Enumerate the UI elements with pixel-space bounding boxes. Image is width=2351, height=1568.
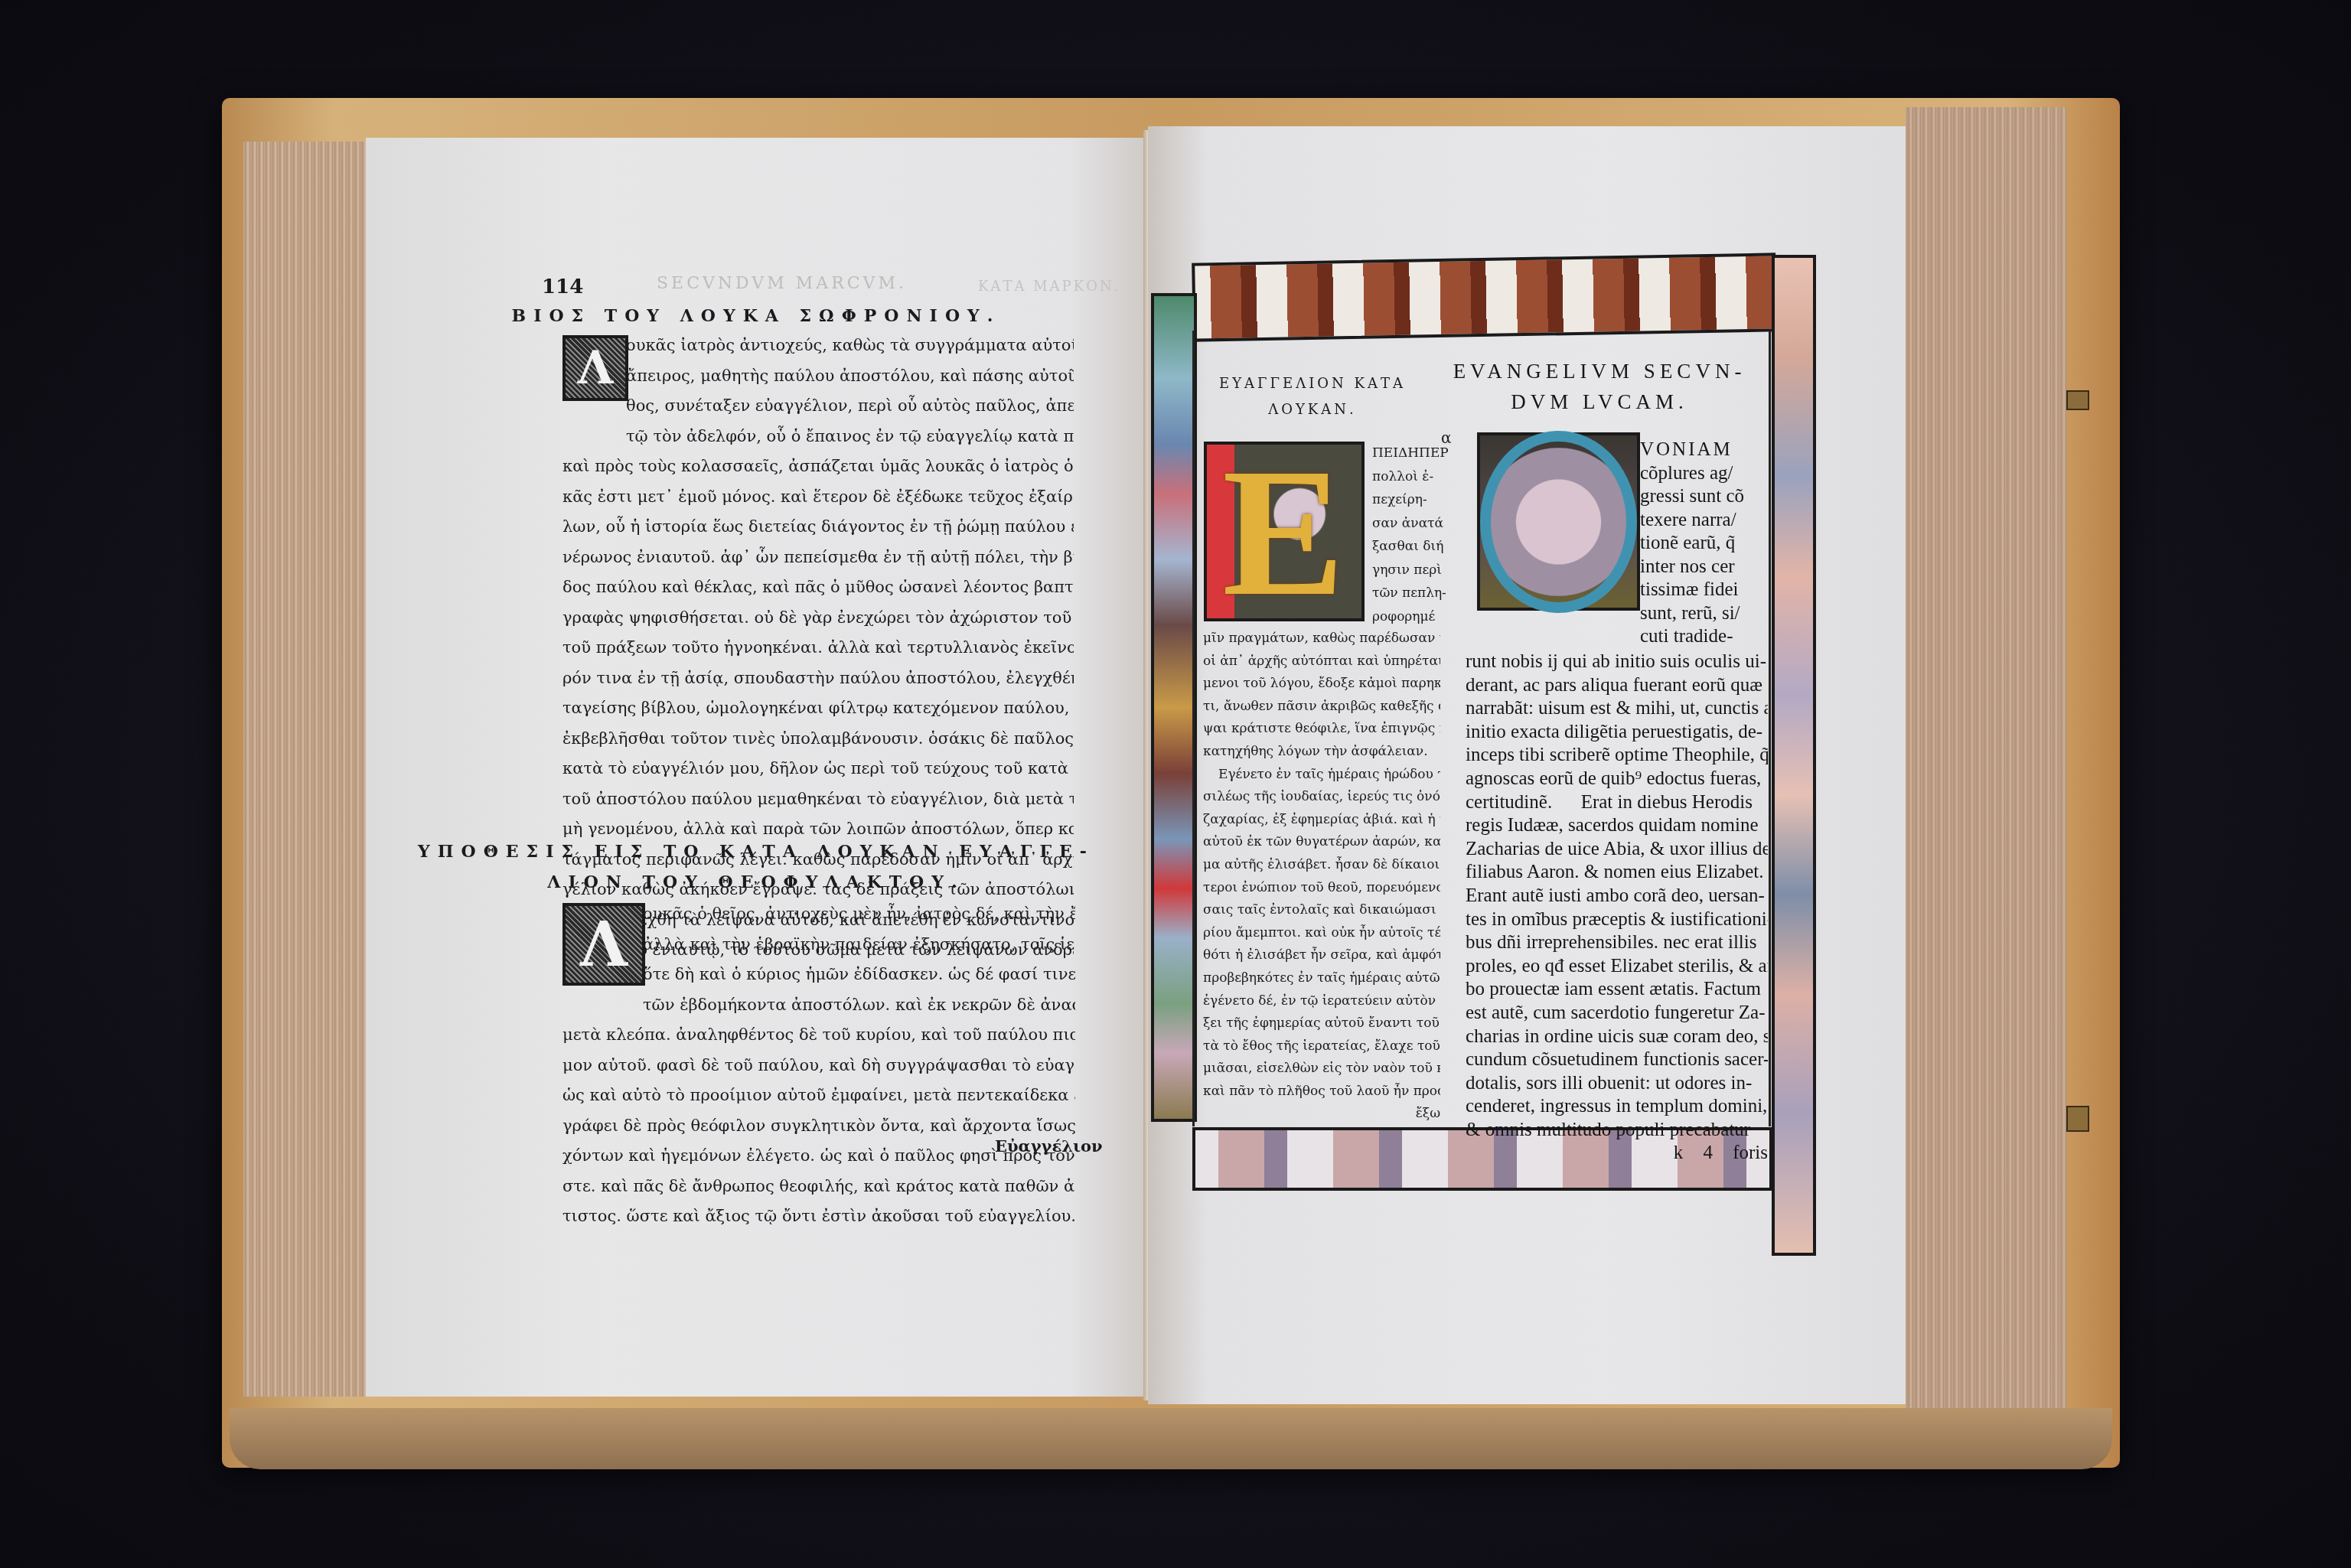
text-line: προβεβηκότες ἐν ταῖς ἡμέραις αὐτῶν ἦσαν. bbox=[1203, 967, 1440, 990]
text-line: sunt, rerũ, si/ bbox=[1640, 602, 1766, 626]
greek-gospel-text: μῖν πραγμάτων, καθὼς παρέδωσαν ἡμῖν οἱ ἀ… bbox=[1203, 628, 1440, 1126]
woodcut-initial-lambda: Λ bbox=[562, 335, 628, 401]
text-line: cõplures ag/ bbox=[1640, 462, 1766, 486]
text-line: ὡς καὶ αὐτὸ τὸ προοίμιον αὐτοῦ ἐμφαίνει,… bbox=[562, 1081, 1075, 1111]
text-line: VONIAM bbox=[1640, 438, 1766, 462]
greek-heading-line2: ΛΟΥΚΑΝ. bbox=[1217, 397, 1408, 423]
text-line: cundum cõsuetudinem functionis sacer- bbox=[1466, 1048, 1768, 1072]
text-line: inceps tibi scriberẽ optime Theophile, q… bbox=[1466, 744, 1768, 768]
text-line: initio exacta diligẽtia peruestigatis, d… bbox=[1466, 721, 1768, 745]
lower-clasp-icon bbox=[2066, 1106, 2089, 1132]
latin-heading-line2: DVM LVCAM. bbox=[1446, 386, 1753, 417]
text-line: λων, οὗ ἡ ἱστορία ἕως διετείας διάγοντος… bbox=[562, 512, 1074, 543]
latin-heading: EVANGELIVM SECVN- DVM LVCAM. bbox=[1446, 356, 1753, 417]
text-line: τεροι ἐνώπιον τοῦ θεοῦ, πορευόμενοι ἐν π… bbox=[1203, 877, 1440, 900]
text-line: est autẽ, cum sacerdotio fungeretur Za- bbox=[1466, 1002, 1768, 1025]
text-line: τι, ἄνωθεν πᾶσιν ἀκριβῶς καθεξῆς σοι γρά bbox=[1203, 696, 1440, 719]
text-line: δος παύλου καὶ θέκλας, καὶ πᾶς ὁ μῦθος ὡ… bbox=[562, 572, 1074, 603]
right-page-block-edge bbox=[1906, 107, 2066, 1408]
text-line: θος, συνέταξεν εὐαγγέλιον, περὶ οὗ αὐτὸς… bbox=[626, 391, 1074, 422]
section2-text-indented: ουκᾶς ὁ θεῖος, ἀντιοχεὺς μὲν ἦν, ἰατρὸς … bbox=[643, 899, 1075, 1020]
text-line: filiabus Aaron. & nomen eius Elizabet. bbox=[1466, 861, 1768, 885]
section2-text: μετὰ κλεόπα. ἀναληφθέντος δὲ τοῦ κυρίου,… bbox=[562, 1020, 1075, 1232]
text-line: tes in omĩbus præceptis & iustificationi… bbox=[1466, 908, 1768, 932]
text-line: charias in ordine uicis suæ coram deo, s… bbox=[1466, 1025, 1768, 1049]
text-line: σαις ταῖς ἐντολαῖς καὶ δικαιώμασι τοῦ κυ bbox=[1203, 899, 1440, 922]
upper-clasp-icon bbox=[2066, 390, 2089, 410]
catchword-greek: ἔξω bbox=[1203, 1103, 1440, 1126]
book-binding-bottom-edge bbox=[230, 1408, 2112, 1469]
text-line: ροφορημέ bbox=[1372, 605, 1449, 629]
ornamental-ribbon-border-top bbox=[1192, 253, 1777, 341]
text-line: τῶν πεπλη- bbox=[1372, 582, 1449, 605]
text-line: μὴ γενομένου, ἀλλὰ καὶ παρὰ τῶν λοιπῶν ἀ… bbox=[562, 814, 1074, 845]
text-line: Εγένετο ἐν ταῖς ἡμέραις ἡρώδου τοῦ βα bbox=[1203, 764, 1440, 787]
show-through-running-head: SECVNDVM MARCVM. bbox=[657, 274, 907, 293]
text-line: ρόν τινα ἐν τῇ ἀσίᾳ, σπουδαστὴν παύλου ἀ… bbox=[562, 663, 1074, 694]
section-title-hypothesis-line2: ΛΙΟΝ ΤΟΥ ΘΕΟΦΥΛΑΚΤΟΥ. bbox=[366, 872, 1146, 892]
initial-q-ring-icon bbox=[1480, 431, 1637, 613]
text-line: γησιν περὶ bbox=[1372, 559, 1449, 582]
text-line: narrabãt: uisum est & mihi, ut, cunctis … bbox=[1466, 697, 1768, 721]
text-line: καὶ πρὸς τοὺς κολασσαεῖς, ἀσπάζεται ὑμᾶς… bbox=[562, 451, 1074, 482]
text-line: σιλέως τῆς ἰουδαίας, ἱερεύς τις ὀνόματι bbox=[1203, 786, 1440, 809]
right-page: ΕΥΑΓΓΕΛΙΟΝ ΚΑΤΑ ΛΟΥΚΑΝ. EVANGELIVM SECVN… bbox=[1148, 126, 1906, 1404]
text-line: τιστος. ὥστε καὶ ἄξιος τῷ ὄντι ἐστὶν ἀκο… bbox=[562, 1201, 1075, 1232]
text-line: inter nos cer bbox=[1640, 556, 1766, 579]
text-line: μιᾶσαι, εἰσελθὼν εἰς τὸν ναὸν τοῦ κυρίου… bbox=[1203, 1058, 1440, 1081]
text-line: κατηχήθης λόγων τὴν ἀσφάλειαν. bbox=[1203, 741, 1440, 764]
text-line: ξει τῆς ἐφημερίας αὐτοῦ ἔναντι τοῦ θεοῦ,… bbox=[1203, 1012, 1440, 1035]
text-line: regis Iudææ, sacerdos quidam nomine bbox=[1466, 814, 1768, 838]
text-line: Zacharias de uice Abia, & uxor illius de bbox=[1466, 838, 1768, 862]
text-line: tissimæ fidei bbox=[1640, 579, 1766, 602]
catchword-left: Εὐαγγέλιον bbox=[995, 1136, 1103, 1156]
text-line: κατὰ τὸ εὐαγγέλιόν μου, δῆλον ὡς περὶ το… bbox=[562, 754, 1074, 784]
text-line: ταγείσης βίβλου, ὡμολογηκέναι φίλτρῳ κατ… bbox=[562, 693, 1074, 724]
text-line: τοῦ ἀποστόλου παύλου μεμαθηκέναι τὸ εὐαγ… bbox=[562, 784, 1074, 815]
text-line: ἐγένετο δέ, ἐν τῷ ἱερατεύειν αὐτὸν ἐν τῇ… bbox=[1203, 990, 1440, 1013]
text-line: ὅτε δὴ καὶ ὁ κύριος ἡμῶν ἐδίδασκεν. ὡς δ… bbox=[643, 960, 1075, 990]
section-title-hypothesis-line1: ΥΠΟΘΕΣΙΣ ΕΙΣ ΤΟ ΚΑΤΑ ΛΟΥΚΑΝ ΕΥΑΓΓΕ- bbox=[366, 842, 1146, 862]
text-line: tionẽ earũ, q̃ bbox=[1640, 532, 1766, 556]
text-line: σαν ἀνατά bbox=[1372, 512, 1449, 536]
text-line: ουκᾶς ἰατρὸς ἀντιοχεύς, καθὼς τὰ συγγράμ… bbox=[626, 331, 1074, 361]
section1-text-indented: ουκᾶς ἰατρὸς ἀντιοχεύς, καθὼς τὰ συγγράμ… bbox=[626, 331, 1074, 451]
text-line: νέρωνος ἐνιαυτοῦ. ἀφ᾽ ὧν πεπείσμεθα ἐν τ… bbox=[562, 543, 1074, 573]
text-line: τοῦ πράξεων τοῦτο ἠγνοηκέναι. ἀλλὰ καὶ τ… bbox=[562, 633, 1074, 663]
text-line: πολλοὶ ἐ- bbox=[1372, 465, 1449, 489]
text-line: cuti tradide- bbox=[1640, 625, 1766, 649]
text-line: μετὰ κλεόπα. ἀναληφθέντος δὲ τοῦ κυρίου,… bbox=[562, 1020, 1075, 1051]
text-line: ρίου ἄμεμπτοι. καὶ οὐκ ἦν αὐτοῖς τέκνον,… bbox=[1203, 922, 1440, 945]
text-line: cenderet, ingressus in templum domini, bbox=[1466, 1095, 1768, 1119]
left-page-block-edge bbox=[243, 142, 366, 1397]
latin-text-beside-initial: VONIAM cõplures ag/ gressi sunt cõ texer… bbox=[1640, 438, 1766, 649]
text-line: τῶν ἑβδομήκοντα ἀποστόλων. καὶ ἐκ νεκρῶν… bbox=[643, 990, 1075, 1021]
text-line: ουκᾶς ὁ θεῖος, ἀντιοχεὺς μὲν ἦν, ἰατρὸς … bbox=[643, 899, 1075, 930]
signature-mark: k 4 bbox=[1674, 1143, 1713, 1163]
text-line: derant, ac pars aliqua fuerant eorũ quæ bbox=[1466, 674, 1768, 698]
text-line: & omnis multitudo populi precabatur bbox=[1466, 1119, 1768, 1143]
text-line: bus dñi irreprehensibiles. nec erat illi… bbox=[1466, 931, 1768, 955]
left-page: 114 SECVNDVM MARCVM. ΚΑΤΑ ΜΑΡΚΟΝ. ΒΙΟΣ Τ… bbox=[366, 138, 1146, 1397]
text-line: μον αὐτοῦ. φασὶ δὲ τοῦ παύλου, καὶ δὴ συ… bbox=[562, 1051, 1075, 1081]
text-line: τὰ τὸ ἔθος τῆς ἱερατείας, ἔλαχε τοῦ θυ- bbox=[1203, 1035, 1440, 1058]
text-line: ἀλλὰ καὶ τὴν ἑβραϊκὴν παιδείαν ἐξησκήσατ… bbox=[643, 930, 1075, 960]
text-line: ψαι κράτιστε θεόφιλε, ἵνα ἐπιγνῷς περὶ ὧ… bbox=[1203, 718, 1440, 741]
text-line: runt nobis ĳ qui ab initio suis oculis u… bbox=[1466, 650, 1768, 674]
text-line: οἱ ἀπ᾽ ἀρχῆς αὐτόπται καὶ ὑπηρέται γενό- bbox=[1203, 650, 1440, 673]
text-line: bo prouectæ iam essent ætatis. Factum bbox=[1466, 978, 1768, 1002]
text-line: ἐκβεβλῆσθαι τοῦτον τινὲς ὑπολαμβάνουσιν.… bbox=[562, 724, 1074, 755]
signature-and-catchword: k 4 foris bbox=[1466, 1142, 1768, 1165]
illuminated-initial-e: E bbox=[1204, 442, 1365, 621]
text-line: ζαχαρίας, ἐξ ἐφημερίας ἀβιά. καὶ ἡ γυνὴ bbox=[1203, 809, 1440, 832]
text-line: αὐτοῦ ἐκ τῶν θυγατέρων ἀαρών, καὶ τὸ ὄνο… bbox=[1203, 831, 1440, 854]
latin-heading-line1: EVANGELIVM SECVN- bbox=[1446, 356, 1753, 386]
text-line: texere narra/ bbox=[1640, 509, 1766, 533]
illuminated-initial-q-with-putto bbox=[1477, 432, 1640, 611]
text-line: μα αὐτῆς ἐλισάβετ. ἦσαν δὲ δίκαιοι ἀμφό- bbox=[1203, 854, 1440, 877]
text-line: ξασθαι διή bbox=[1372, 535, 1449, 559]
text-line: certitudinẽ. Erat in diebus Herodis bbox=[1466, 791, 1768, 815]
ornamental-candelabra-border-left bbox=[1151, 293, 1197, 1122]
page-number: 114 bbox=[542, 275, 583, 298]
greek-heading: ΕΥΑΓΓΕΛΙΟΝ ΚΑΤΑ ΛΟΥΚΑΝ. bbox=[1217, 371, 1408, 423]
text-line: θότι ἡ ἐλισάβετ ἦν σεῖρα, καὶ ἀμφότεροι bbox=[1203, 944, 1440, 967]
section-title-life-of-luke: ΒΙΟΣ ΤΟΥ ΛΟΥΚΑ ΣΩΦΡΟΝΙΟΥ. bbox=[366, 306, 1146, 326]
text-line: τῷ τὸν ἀδελφόν, οὗ ὁ ἔπαινος ἐν τῷ εὐαγγ… bbox=[626, 422, 1074, 452]
text-line: μῖν πραγμάτων, καθὼς παρέδωσαν ἡμῖν bbox=[1203, 628, 1440, 650]
show-through-running-head-right: ΚΑΤΑ ΜΑΡΚΟΝ. bbox=[978, 279, 1120, 295]
text-line: πεχείρη- bbox=[1372, 488, 1449, 512]
text-line: γραφὰς ψηφισθήσεται. οὐ δὲ γὰρ ἐνεχώρει … bbox=[562, 603, 1074, 634]
ornamental-putti-border-right bbox=[1772, 255, 1816, 1256]
text-line: μενοι τοῦ λόγου, ἔδοξε κἀμοὶ παρηκολουθη… bbox=[1203, 673, 1440, 696]
greek-text-beside-initial: ΠΕΙΔΗΠΕΡ πολλοὶ ἐ- πεχείρη- σαν ἀνατά ξα… bbox=[1372, 442, 1449, 628]
greek-heading-line1: ΕΥΑΓΓΕΛΙΟΝ ΚΑΤΑ bbox=[1217, 371, 1408, 397]
text-line: κᾶς ἐστι μετ᾽ ἐμοῦ μόνος. καὶ ἕτερον δὲ … bbox=[562, 482, 1074, 513]
text-line: ἄπειρος, μαθητὴς παύλου ἀποστόλου, καὶ π… bbox=[626, 361, 1074, 392]
catchword-latin: foris bbox=[1733, 1143, 1768, 1163]
text-line: στε. καὶ πᾶς δὲ ἄνθρωπος θεοφιλής, καὶ κ… bbox=[562, 1172, 1075, 1202]
text-line: ΠΕΙΔΗΠΕΡ bbox=[1372, 442, 1449, 465]
text-line: agnoscas eorũ de quib⁹ edoctus fueras, bbox=[1466, 768, 1768, 791]
latin-gospel-text: runt nobis ĳ qui ab initio suis oculis u… bbox=[1466, 650, 1768, 1165]
text-line: proles, eo qđ esset Elizabet sterilis, &… bbox=[1466, 955, 1768, 979]
woodcut-initial-lambda-2: Λ bbox=[562, 903, 645, 986]
text-line: καὶ πᾶν τὸ πλῆθος τοῦ λαοῦ ἦν προσευχόμε… bbox=[1203, 1081, 1440, 1103]
text-line: dotalis, sors illi obuenit: ut odores in… bbox=[1466, 1072, 1768, 1096]
text-line: Erant autẽ iusti ambo corã deo, uersan- bbox=[1466, 885, 1768, 908]
text-line: gressi sunt cõ bbox=[1640, 485, 1766, 509]
